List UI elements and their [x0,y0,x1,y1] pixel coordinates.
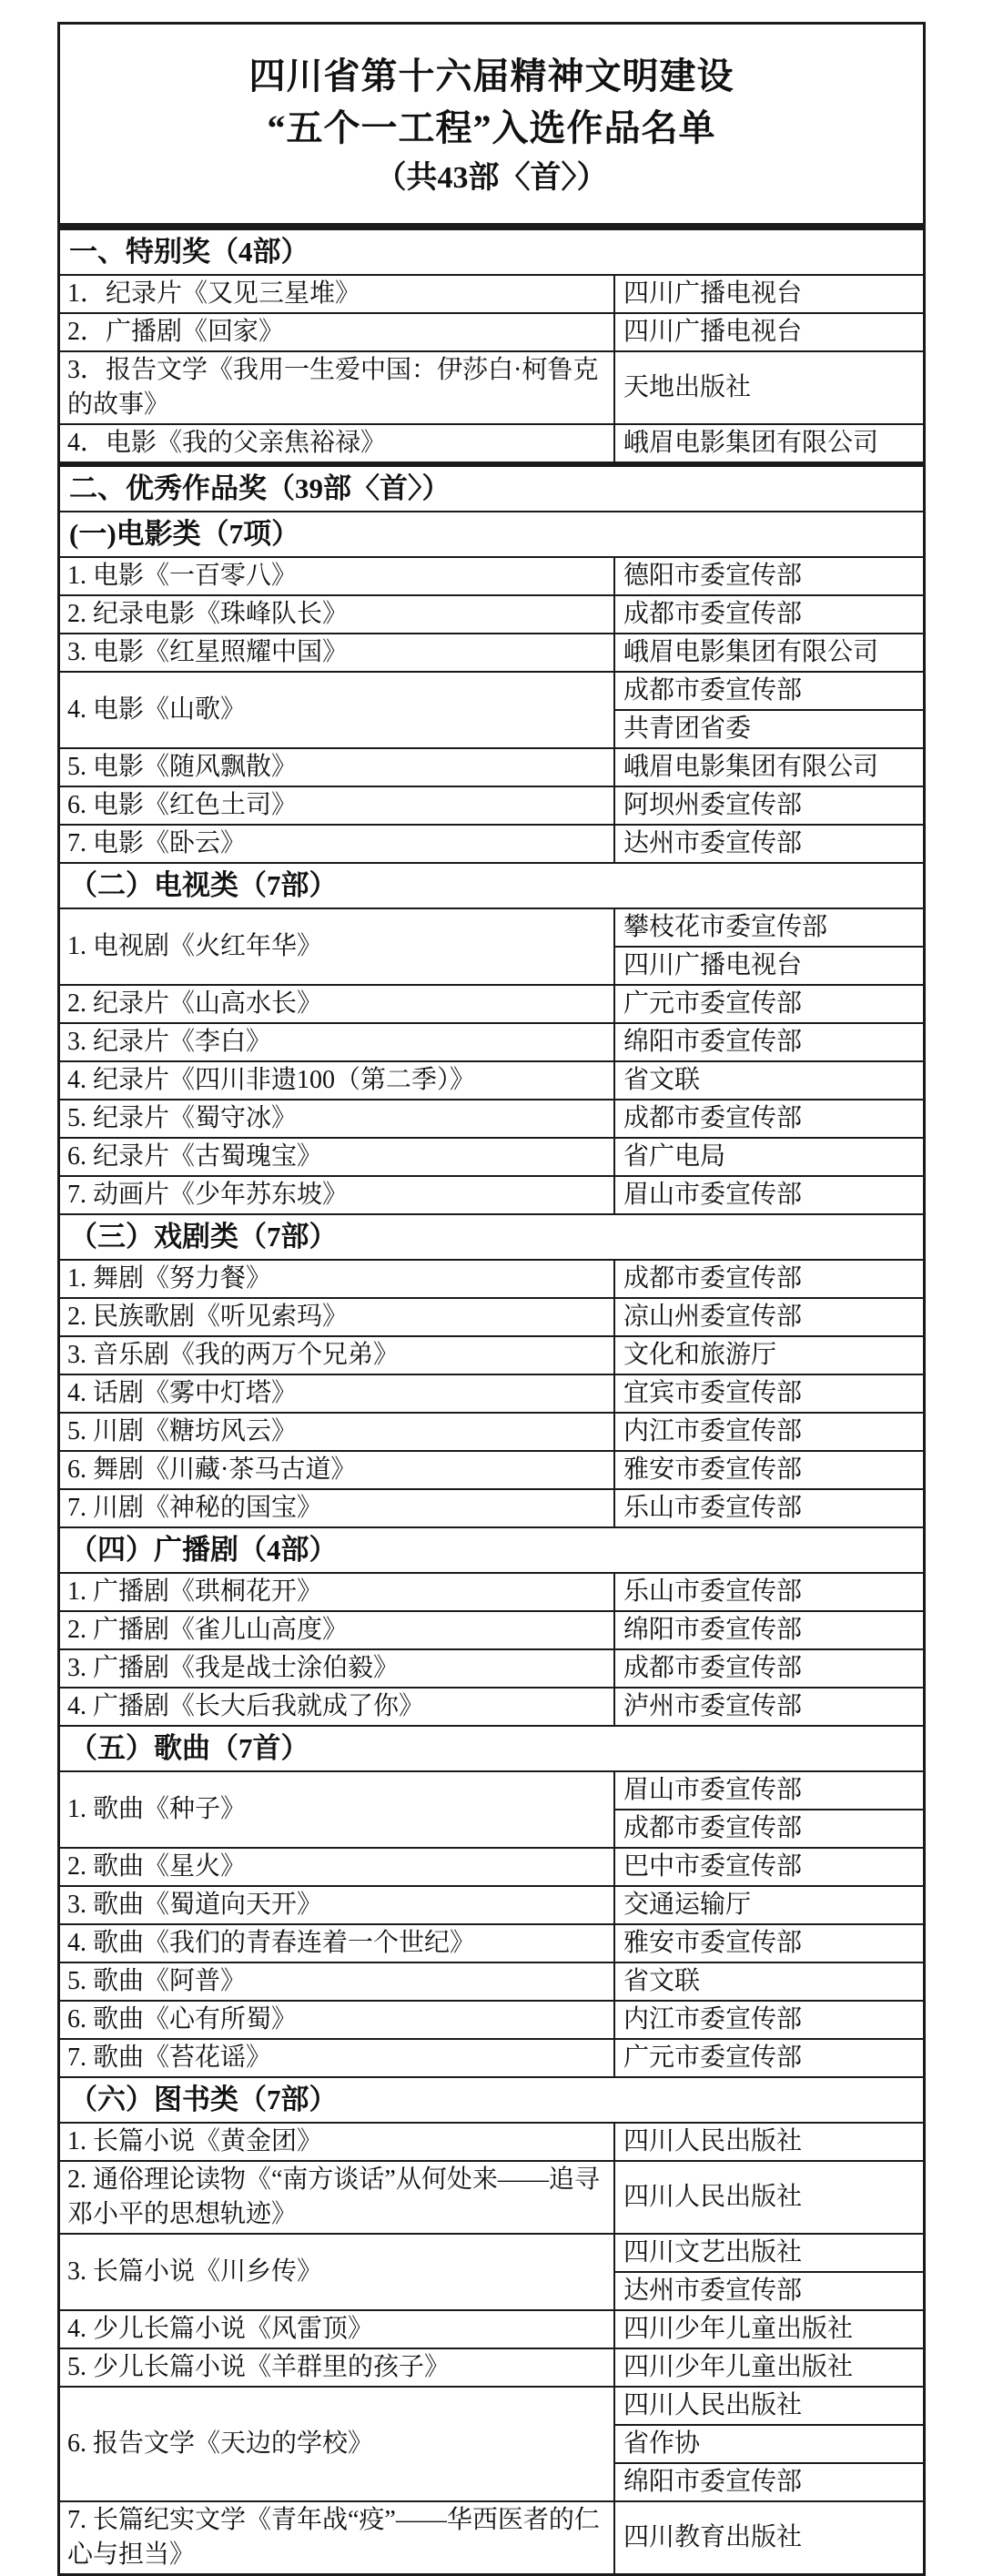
org-cell: 巴中市委宣传部 [614,1848,924,1886]
section-header-row: （五）歌曲（7首） [59,1726,925,1771]
work-title-cell: 5. 电影《随风飘散》 [59,748,615,786]
org-cell: 内江市委宣传部 [614,1413,924,1451]
work-title-cell: 5. 川剧《糖坊风云》 [59,1413,615,1451]
org-cell: 成都市委宣传部 [614,1810,924,1848]
work-title-cell: 7. 川剧《神秘的国宝》 [59,1489,615,1527]
work-title-cell: 7. 歌曲《苔花谣》 [59,2039,615,2077]
section-header-cell: （三）戏剧类（7部） [59,1214,925,1260]
work-title-cell: 3. 电影《红星照耀中国》 [59,634,615,672]
work-title-cell: 2. 广播剧《雀儿山高度》 [59,1611,615,1649]
work-title-cell: 6. 歌曲《心有所蜀》 [59,2001,615,2039]
work-title-cell: 2. 民族歌剧《听见索玛》 [59,1298,615,1336]
document-title-block: 四川省第十六届精神文明建设 “五个一工程”入选作品名单 （共43部〈首〉） [57,22,926,228]
section-header-cell: （二）电视类（7部） [59,863,925,908]
work-title-cell: 3. 长篇小说《川乡传》 [59,2234,615,2310]
work-title-cell: 1. 长篇小说《黄金团》 [59,2123,615,2161]
org-cell: 成都市委宣传部 [614,1260,924,1298]
table-row: 5. 电影《随风飘散》峨眉电影集团有限公司 [59,748,925,786]
work-title-cell: 5. 歌曲《阿普》 [59,1962,615,2001]
org-cell: 成都市委宣传部 [614,1100,924,1138]
table-row: 7. 歌曲《苔花谣》广元市委宣传部 [59,2039,925,2077]
table-row: 1．纪录片《又见三星堆》四川广播电视台 [59,275,925,313]
org-cell: 广元市委宣传部 [614,985,924,1023]
org-cell: 共青团省委 [614,710,924,748]
title-line-1: 四川省第十六届精神文明建设 [69,50,914,102]
section-header-row: 二、优秀作品奖（39部〈首〉） [59,464,925,512]
work-title-cell: 4．电影《我的父亲焦裕禄》 [59,424,615,464]
section-header-cell: 二、优秀作品奖（39部〈首〉） [59,464,925,512]
org-cell: 绵阳市委宣传部 [614,1023,924,1061]
section-header-row: （二）电视类（7部） [59,863,925,908]
org-cell: 四川人民出版社 [614,2387,924,2425]
org-cell: 雅安市委宣传部 [614,1924,924,1962]
table-row: 3. 长篇小说《川乡传》四川文艺出版社 [59,2234,925,2272]
table-row: 1. 广播剧《珙桐花开》乐山市委宣传部 [59,1573,925,1611]
work-title-cell: 4. 纪录片《四川非遗100（第二季）》 [59,1061,615,1100]
work-title-cell: 6. 舞剧《川藏·茶马古道》 [59,1451,615,1489]
org-cell: 峨眉电影集团有限公司 [614,634,924,672]
org-cell: 文化和旅游厅 [614,1336,924,1374]
section-header-row: (一)电影类（7项） [59,512,925,557]
org-cell: 绵阳市委宣传部 [614,1611,924,1649]
work-title-cell: 4. 话剧《雾中灯塔》 [59,1374,615,1413]
table-row: 6. 报告文学《天边的学校》四川人民出版社 [59,2387,925,2425]
section-header-cell: （四）广播剧（4部） [59,1527,925,1573]
org-cell: 成都市委宣传部 [614,1649,924,1688]
org-cell: 攀枝花市委宣传部 [614,908,924,947]
org-cell: 四川广播电视台 [614,313,924,351]
table-row: 7. 电影《卧云》达州市委宣传部 [59,825,925,863]
work-title-cell: 1. 电影《一百零八》 [59,557,615,595]
org-cell: 四川广播电视台 [614,275,924,313]
work-title-cell: 4. 电影《山歌》 [59,672,615,748]
table-row: 1. 舞剧《努力餐》成都市委宣传部 [59,1260,925,1298]
table-row: 6. 纪录片《古蜀瑰宝》省广电局 [59,1138,925,1176]
org-cell: 泸州市委宣传部 [614,1688,924,1726]
table-row: 4．电影《我的父亲焦裕禄》峨眉电影集团有限公司 [59,424,925,464]
awards-table: 一、特别奖（4部）1．纪录片《又见三星堆》四川广播电视台2．广播剧《回家》四川广… [57,228,926,2576]
org-cell: 德阳市委宣传部 [614,557,924,595]
table-row: 6. 电影《红色土司》阿坝州委宣传部 [59,786,925,825]
org-cell: 眉山市委宣传部 [614,1176,924,1214]
table-row: 5. 纪录片《蜀守冰》成都市委宣传部 [59,1100,925,1138]
table-row: 4. 歌曲《我们的青春连着一个世纪》雅安市委宣传部 [59,1924,925,1962]
table-row: 3. 电影《红星照耀中国》峨眉电影集团有限公司 [59,634,925,672]
table-row: 1. 电影《一百零八》德阳市委宣传部 [59,557,925,595]
org-cell: 四川教育出版社 [614,2501,924,2575]
org-cell: 阿坝州委宣传部 [614,786,924,825]
table-row: 4. 电影《山歌》成都市委宣传部 [59,672,925,710]
org-cell: 宜宾市委宣传部 [614,1374,924,1413]
work-title-cell: 7. 长篇纪实文学《青年战“疫”——华西医者的仁心与担当》 [59,2501,615,2575]
work-title-cell: 2．广播剧《回家》 [59,313,615,351]
table-row: 2. 纪录片《山高水长》广元市委宣传部 [59,985,925,1023]
section-header-cell: （五）歌曲（7首） [59,1726,925,1771]
work-title-cell: 7. 动画片《少年苏东坡》 [59,1176,615,1214]
org-cell: 四川少年儿童出版社 [614,2348,924,2387]
org-cell: 成都市委宣传部 [614,672,924,710]
org-cell: 四川广播电视台 [614,947,924,985]
org-cell: 绵阳市委宣传部 [614,2463,924,2501]
work-title-cell: 6. 电影《红色土司》 [59,786,615,825]
award-list-document: 四川省第十六届精神文明建设 “五个一工程”入选作品名单 （共43部〈首〉） 一、… [57,22,926,2576]
org-cell: 峨眉电影集团有限公司 [614,424,924,464]
table-row: 2. 广播剧《雀儿山高度》绵阳市委宣传部 [59,1611,925,1649]
work-title-cell: 1. 电视剧《火红年华》 [59,908,615,985]
section-header-cell: (一)电影类（7项） [59,512,925,557]
org-cell: 广元市委宣传部 [614,2039,924,2077]
org-cell: 乐山市委宣传部 [614,1489,924,1527]
org-cell: 天地出版社 [614,351,924,424]
work-title-cell: 1. 广播剧《珙桐花开》 [59,1573,615,1611]
org-cell: 省文联 [614,1962,924,2001]
work-title-cell: 1. 舞剧《努力餐》 [59,1260,615,1298]
org-cell: 峨眉电影集团有限公司 [614,748,924,786]
work-title-cell: 5. 纪录片《蜀守冰》 [59,1100,615,1138]
table-row: 3. 歌曲《蜀道向天开》交通运输厅 [59,1886,925,1924]
table-row: 4. 纪录片《四川非遗100（第二季）》省文联 [59,1061,925,1100]
org-cell: 四川人民出版社 [614,2161,924,2234]
work-title-cell: 4. 广播剧《长大后我就成了你》 [59,1688,615,1726]
section-header-row: （四）广播剧（4部） [59,1527,925,1573]
work-title-cell: 2. 通俗理论读物《“南方谈话”从何处来——追寻邓小平的思想轨迹》 [59,2161,615,2234]
org-cell: 四川文艺出版社 [614,2234,924,2272]
org-cell: 省文联 [614,1061,924,1100]
section-header-row: （三）戏剧类（7部） [59,1214,925,1260]
work-title-cell: 3. 音乐剧《我的两万个兄弟》 [59,1336,615,1374]
work-title-cell: 3. 歌曲《蜀道向天开》 [59,1886,615,1924]
org-cell: 雅安市委宣传部 [614,1451,924,1489]
table-row: 4. 话剧《雾中灯塔》宜宾市委宣传部 [59,1374,925,1413]
table-row: 5. 川剧《糖坊风云》内江市委宣传部 [59,1413,925,1451]
work-title-cell: 2. 歌曲《星火》 [59,1848,615,1886]
table-row: 6. 歌曲《心有所蜀》内江市委宣传部 [59,2001,925,2039]
org-cell: 达州市委宣传部 [614,825,924,863]
work-title-cell: 6. 纪录片《古蜀瑰宝》 [59,1138,615,1176]
table-row: 2. 歌曲《星火》巴中市委宣传部 [59,1848,925,1886]
work-title-cell: 5. 少儿长篇小说《羊群里的孩子》 [59,2348,615,2387]
table-row: 2．广播剧《回家》四川广播电视台 [59,313,925,351]
section-header-row: 一、特别奖（4部） [59,229,925,275]
table-row: 2. 纪录电影《珠峰队长》成都市委宣传部 [59,595,925,634]
work-title-cell: 4. 少儿长篇小说《风雷顶》 [59,2310,615,2348]
title-line-2: “五个一工程”入选作品名单 [69,102,914,154]
work-title-cell: 1．纪录片《又见三星堆》 [59,275,615,313]
org-cell: 达州市委宣传部 [614,2272,924,2310]
org-cell: 成都市委宣传部 [614,595,924,634]
section-header-cell: 一、特别奖（4部） [59,229,925,275]
table-row: 5. 歌曲《阿普》省文联 [59,1962,925,2001]
table-row: 3. 纪录片《李白》绵阳市委宣传部 [59,1023,925,1061]
table-row: 1. 歌曲《种子》眉山市委宣传部 [59,1771,925,1810]
org-cell: 交通运输厅 [614,1886,924,1924]
table-row: 5. 少儿长篇小说《羊群里的孩子》四川少年儿童出版社 [59,2348,925,2387]
work-title-cell: 1. 歌曲《种子》 [59,1771,615,1848]
table-row: 7. 川剧《神秘的国宝》乐山市委宣传部 [59,1489,925,1527]
table-row: 7. 动画片《少年苏东坡》眉山市委宣传部 [59,1176,925,1214]
table-row: 3. 广播剧《我是战士涂伯毅》成都市委宣传部 [59,1649,925,1688]
title-count-line: （共43部〈首〉） [69,154,914,203]
org-cell: 凉山州委宣传部 [614,1298,924,1336]
org-cell: 内江市委宣传部 [614,2001,924,2039]
table-row: 2. 民族歌剧《听见索玛》凉山州委宣传部 [59,1298,925,1336]
table-row: 3. 音乐剧《我的两万个兄弟》文化和旅游厅 [59,1336,925,1374]
table-row: 4. 少儿长篇小说《风雷顶》四川少年儿童出版社 [59,2310,925,2348]
work-title-cell: 2. 纪录电影《珠峰队长》 [59,595,615,634]
org-cell: 四川少年儿童出版社 [614,2310,924,2348]
table-row: 3．报告文学《我用一生爱中国：伊莎白·柯鲁克的故事》天地出版社 [59,351,925,424]
table-row: 6. 舞剧《川藏·茶马古道》雅安市委宣传部 [59,1451,925,1489]
work-title-cell: 2. 纪录片《山高水长》 [59,985,615,1023]
org-cell: 省作协 [614,2425,924,2463]
table-row: 1. 长篇小说《黄金团》四川人民出版社 [59,2123,925,2161]
work-title-cell: 3．报告文学《我用一生爱中国：伊莎白·柯鲁克的故事》 [59,351,615,424]
work-title-cell: 7. 电影《卧云》 [59,825,615,863]
work-title-cell: 4. 歌曲《我们的青春连着一个世纪》 [59,1924,615,1962]
work-title-cell: 3. 纪录片《李白》 [59,1023,615,1061]
section-header-row: （六）图书类（7部） [59,2077,925,2123]
org-cell: 乐山市委宣传部 [614,1573,924,1611]
work-title-cell: 6. 报告文学《天边的学校》 [59,2387,615,2501]
section-header-cell: （六）图书类（7部） [59,2077,925,2123]
table-row: 2. 通俗理论读物《“南方谈话”从何处来——追寻邓小平的思想轨迹》四川人民出版社 [59,2161,925,2234]
table-row: 7. 长篇纪实文学《青年战“疫”——华西医者的仁心与担当》四川教育出版社 [59,2501,925,2575]
org-cell: 省广电局 [614,1138,924,1176]
org-cell: 眉山市委宣传部 [614,1771,924,1810]
table-row: 1. 电视剧《火红年华》攀枝花市委宣传部 [59,908,925,947]
org-cell: 四川人民出版社 [614,2123,924,2161]
work-title-cell: 3. 广播剧《我是战士涂伯毅》 [59,1649,615,1688]
awards-table-body: 一、特别奖（4部）1．纪录片《又见三星堆》四川广播电视台2．广播剧《回家》四川广… [59,229,925,2575]
table-row: 4. 广播剧《长大后我就成了你》泸州市委宣传部 [59,1688,925,1726]
